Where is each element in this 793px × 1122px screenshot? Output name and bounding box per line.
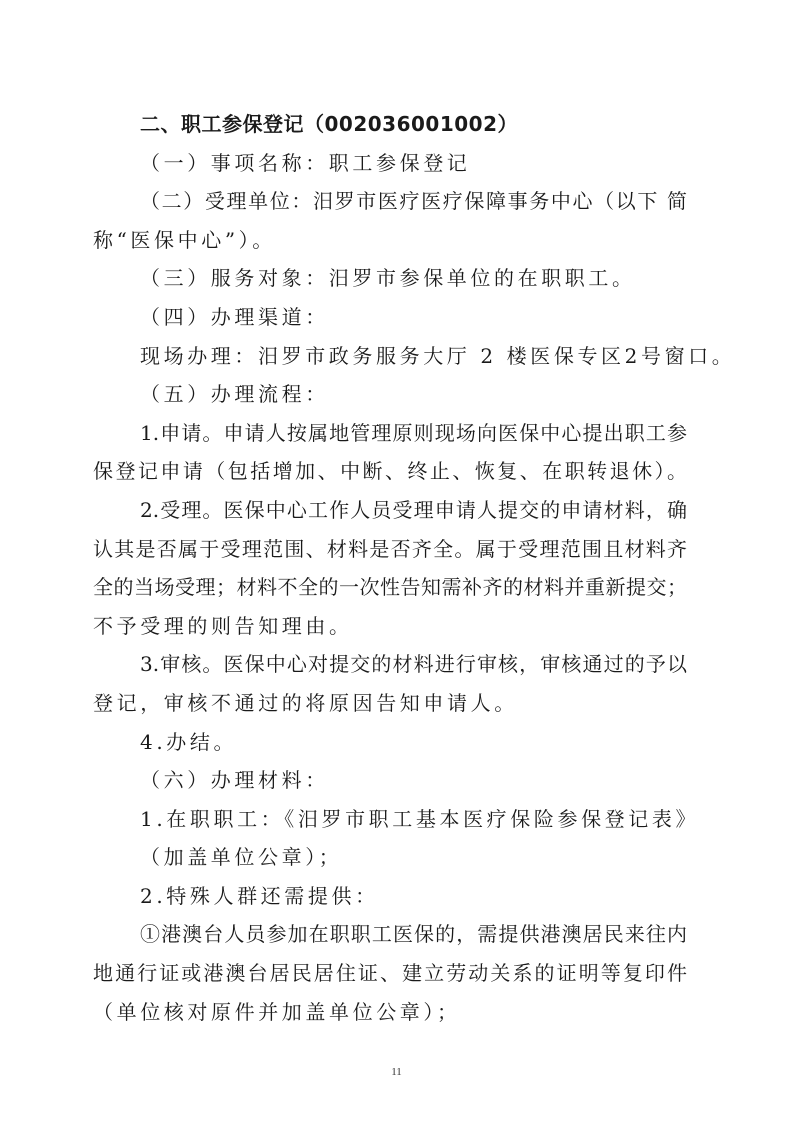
- document-page: 二、职工参保登记（002036001002） （一）事项名称：职工参保登记 （二…: [0, 0, 793, 1122]
- process-step-review-continuation: 登记，审核不通过的将原因告知申请人。: [93, 684, 687, 723]
- process-step-accept: 2.受理。医保中心工作人员受理申请人提交的申请材料，确: [93, 491, 687, 530]
- accepting-unit-continuation: 称“医保中心”）。: [93, 221, 687, 260]
- process-heading: （五）办理流程：: [93, 375, 687, 414]
- materials-heading: （六）办理材料：: [93, 761, 687, 800]
- channel-heading: （四）办理渠道：: [93, 298, 687, 337]
- process-step-accept-continuation-2: 全的当场受理；材料不全的一次性告知需补齐的材料并重新提交；: [93, 568, 687, 607]
- page-number: 11: [0, 1066, 793, 1078]
- accepting-unit-line: （二）受理单位：汨罗市医疗医疗保障事务中心（以下 简: [93, 182, 687, 221]
- materials-item-special: 2.特殊人群还需提供：: [93, 877, 687, 916]
- materials-special-hmt-continuation-2: （单位核对原件并加盖单位公章）；: [93, 993, 687, 1032]
- process-step-accept-continuation-1: 认其是否属于受理范围、材料是否齐全。属于受理范围且材料齐: [93, 530, 687, 569]
- materials-item-employee: 1.在职职工：《汨罗市职工基本医疗保险参保登记表》: [93, 800, 687, 839]
- item-name-line: （一）事项名称：职工参保登记: [93, 144, 687, 183]
- section-heading: 二、职工参保登记（002036001002）: [93, 105, 687, 144]
- materials-item-employee-continuation: （加盖单位公章）；: [93, 838, 687, 877]
- materials-special-hmt: ①港澳台人员参加在职职工医保的，需提供港澳居民来往内: [93, 915, 687, 954]
- materials-special-hmt-continuation-1: 地通行证或港澳台居民居住证、建立劳动关系的证明等复印件: [93, 954, 687, 993]
- process-step-apply-continuation: 保登记申请（包括增加、中断、终止、恢复、在职转退休）。: [93, 452, 687, 491]
- onsite-channel-line: 现场办理：汨罗市政务服务大厅 2 楼医保专区2号窗口。: [93, 337, 687, 376]
- document-body: 二、职工参保登记（002036001002） （一）事项名称：职工参保登记 （二…: [93, 105, 687, 1031]
- process-step-review: 3.审核。医保中心对提交的材料进行审核，审核通过的予以: [93, 645, 687, 684]
- process-step-apply: 1.申请。申请人按属地管理原则现场向医保中心提出职工参: [93, 414, 687, 453]
- service-target-line: （三）服务对象：汨罗市参保单位的在职职工。: [93, 259, 687, 298]
- process-step-complete: 4.办结。: [93, 723, 687, 762]
- process-step-accept-continuation-3: 不予受理的则告知理由。: [93, 607, 687, 646]
